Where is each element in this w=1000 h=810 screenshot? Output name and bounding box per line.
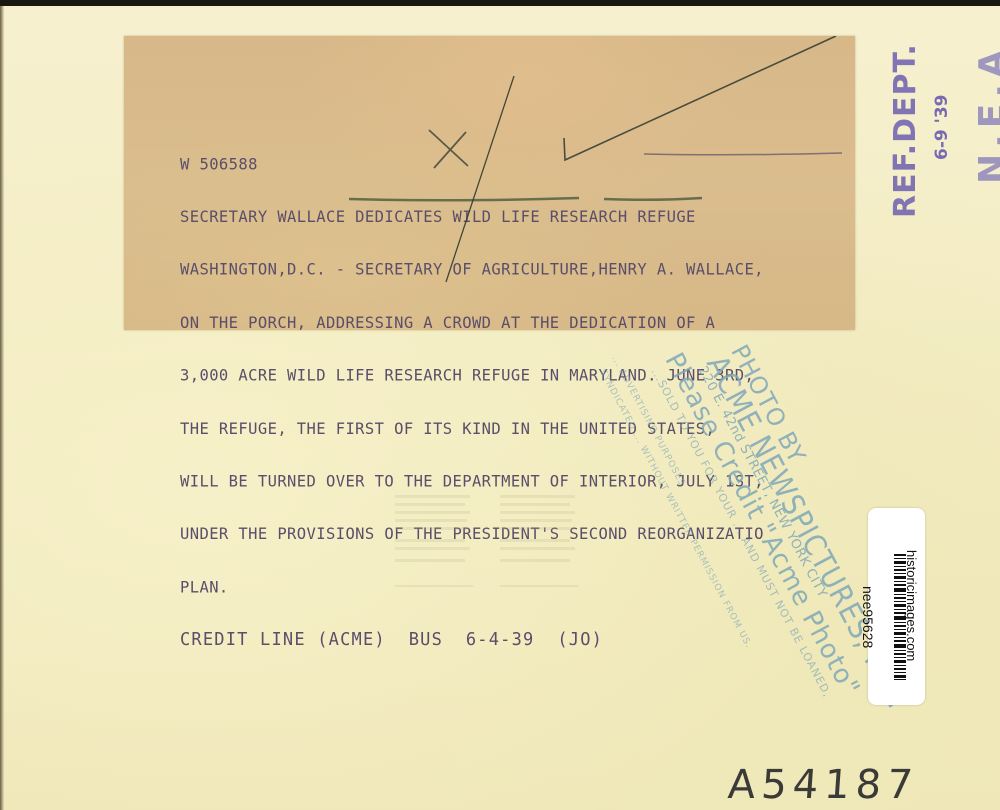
- ref-date-text: 6-9 '39: [932, 95, 952, 161]
- handwritten-archive-id: A54187: [726, 762, 920, 808]
- ref-dept-text: REF.DEPT.: [888, 43, 923, 218]
- paper-edge: [0, 6, 4, 810]
- barcode-sticker: historicimages.com nee95628: [868, 508, 925, 705]
- caption-label: W 506588 SECRETARY WALLACE DEDICATES WIL…: [124, 36, 855, 330]
- caption-line: ON THE PORCH, ADDRESSING A CROWD AT THE …: [180, 314, 860, 332]
- nea-stamp-text: N.E.A: [972, 44, 1000, 184]
- caption-id: W 506588: [180, 155, 860, 173]
- barcode-icon: [894, 554, 906, 680]
- barcode-site: historicimages.com: [904, 550, 919, 661]
- ref-dept-stamp: REF.DEPT. 6-9 '39 N.E.A: [850, 8, 1000, 228]
- bleed-through-text: [395, 455, 595, 655]
- caption-line: WASHINGTON,D.C. - SECRETARY OF AGRICULTU…: [180, 261, 860, 279]
- caption-line: SECRETARY WALLACE DEDICATES WILD LIFE RE…: [180, 208, 860, 226]
- barcode-code: nee95628: [860, 586, 876, 648]
